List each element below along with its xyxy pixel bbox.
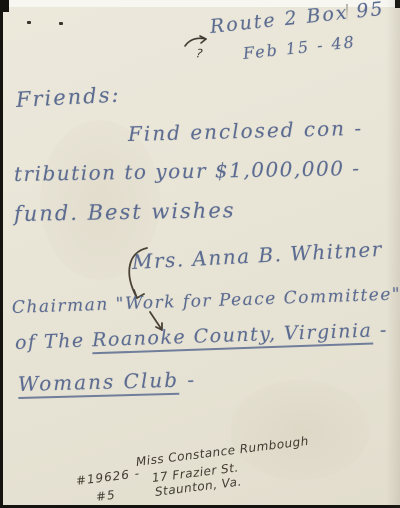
date-line: Feb 15 - 48 [242,32,357,63]
organization-line-suffix: - [372,319,388,342]
paper-blotch [230,380,370,480]
organization-line-2-suffix: - [179,367,197,391]
catalog-secondary-number: #5 [95,488,116,504]
catalog-number: #19626 - [75,466,141,488]
committee-title-line: Chairman "Work for Peace Committee" [12,284,400,318]
query-mark: ? [195,46,203,61]
salutation: Friends: [15,83,121,112]
paper-right-shadow [386,0,400,508]
organization-line-prefix: of The [15,329,93,354]
scanned-letter-page: Route 2 Box 95 Feb 15 - 48 ? Friends: Fi… [0,0,400,508]
organization-line: of The Roanoke County, Virginia - [15,319,389,354]
organization-line-2: Womans Club - [18,367,197,396]
scan-edge-left [0,0,3,508]
organization-line-2-underlined: Womans Club [18,368,180,399]
body-line-2: tribution to your $1,000,000 - [14,156,361,186]
signature: Mrs. Anna B. Whitner [131,237,383,274]
organization-line-underlined: Roanoke County, Virginia [92,320,373,355]
staple-mark [27,21,31,24]
body-line-1: Find enclosed con - [128,116,364,146]
body-line-3: fund. Best wishes [14,198,236,226]
staple-mark [59,22,63,25]
